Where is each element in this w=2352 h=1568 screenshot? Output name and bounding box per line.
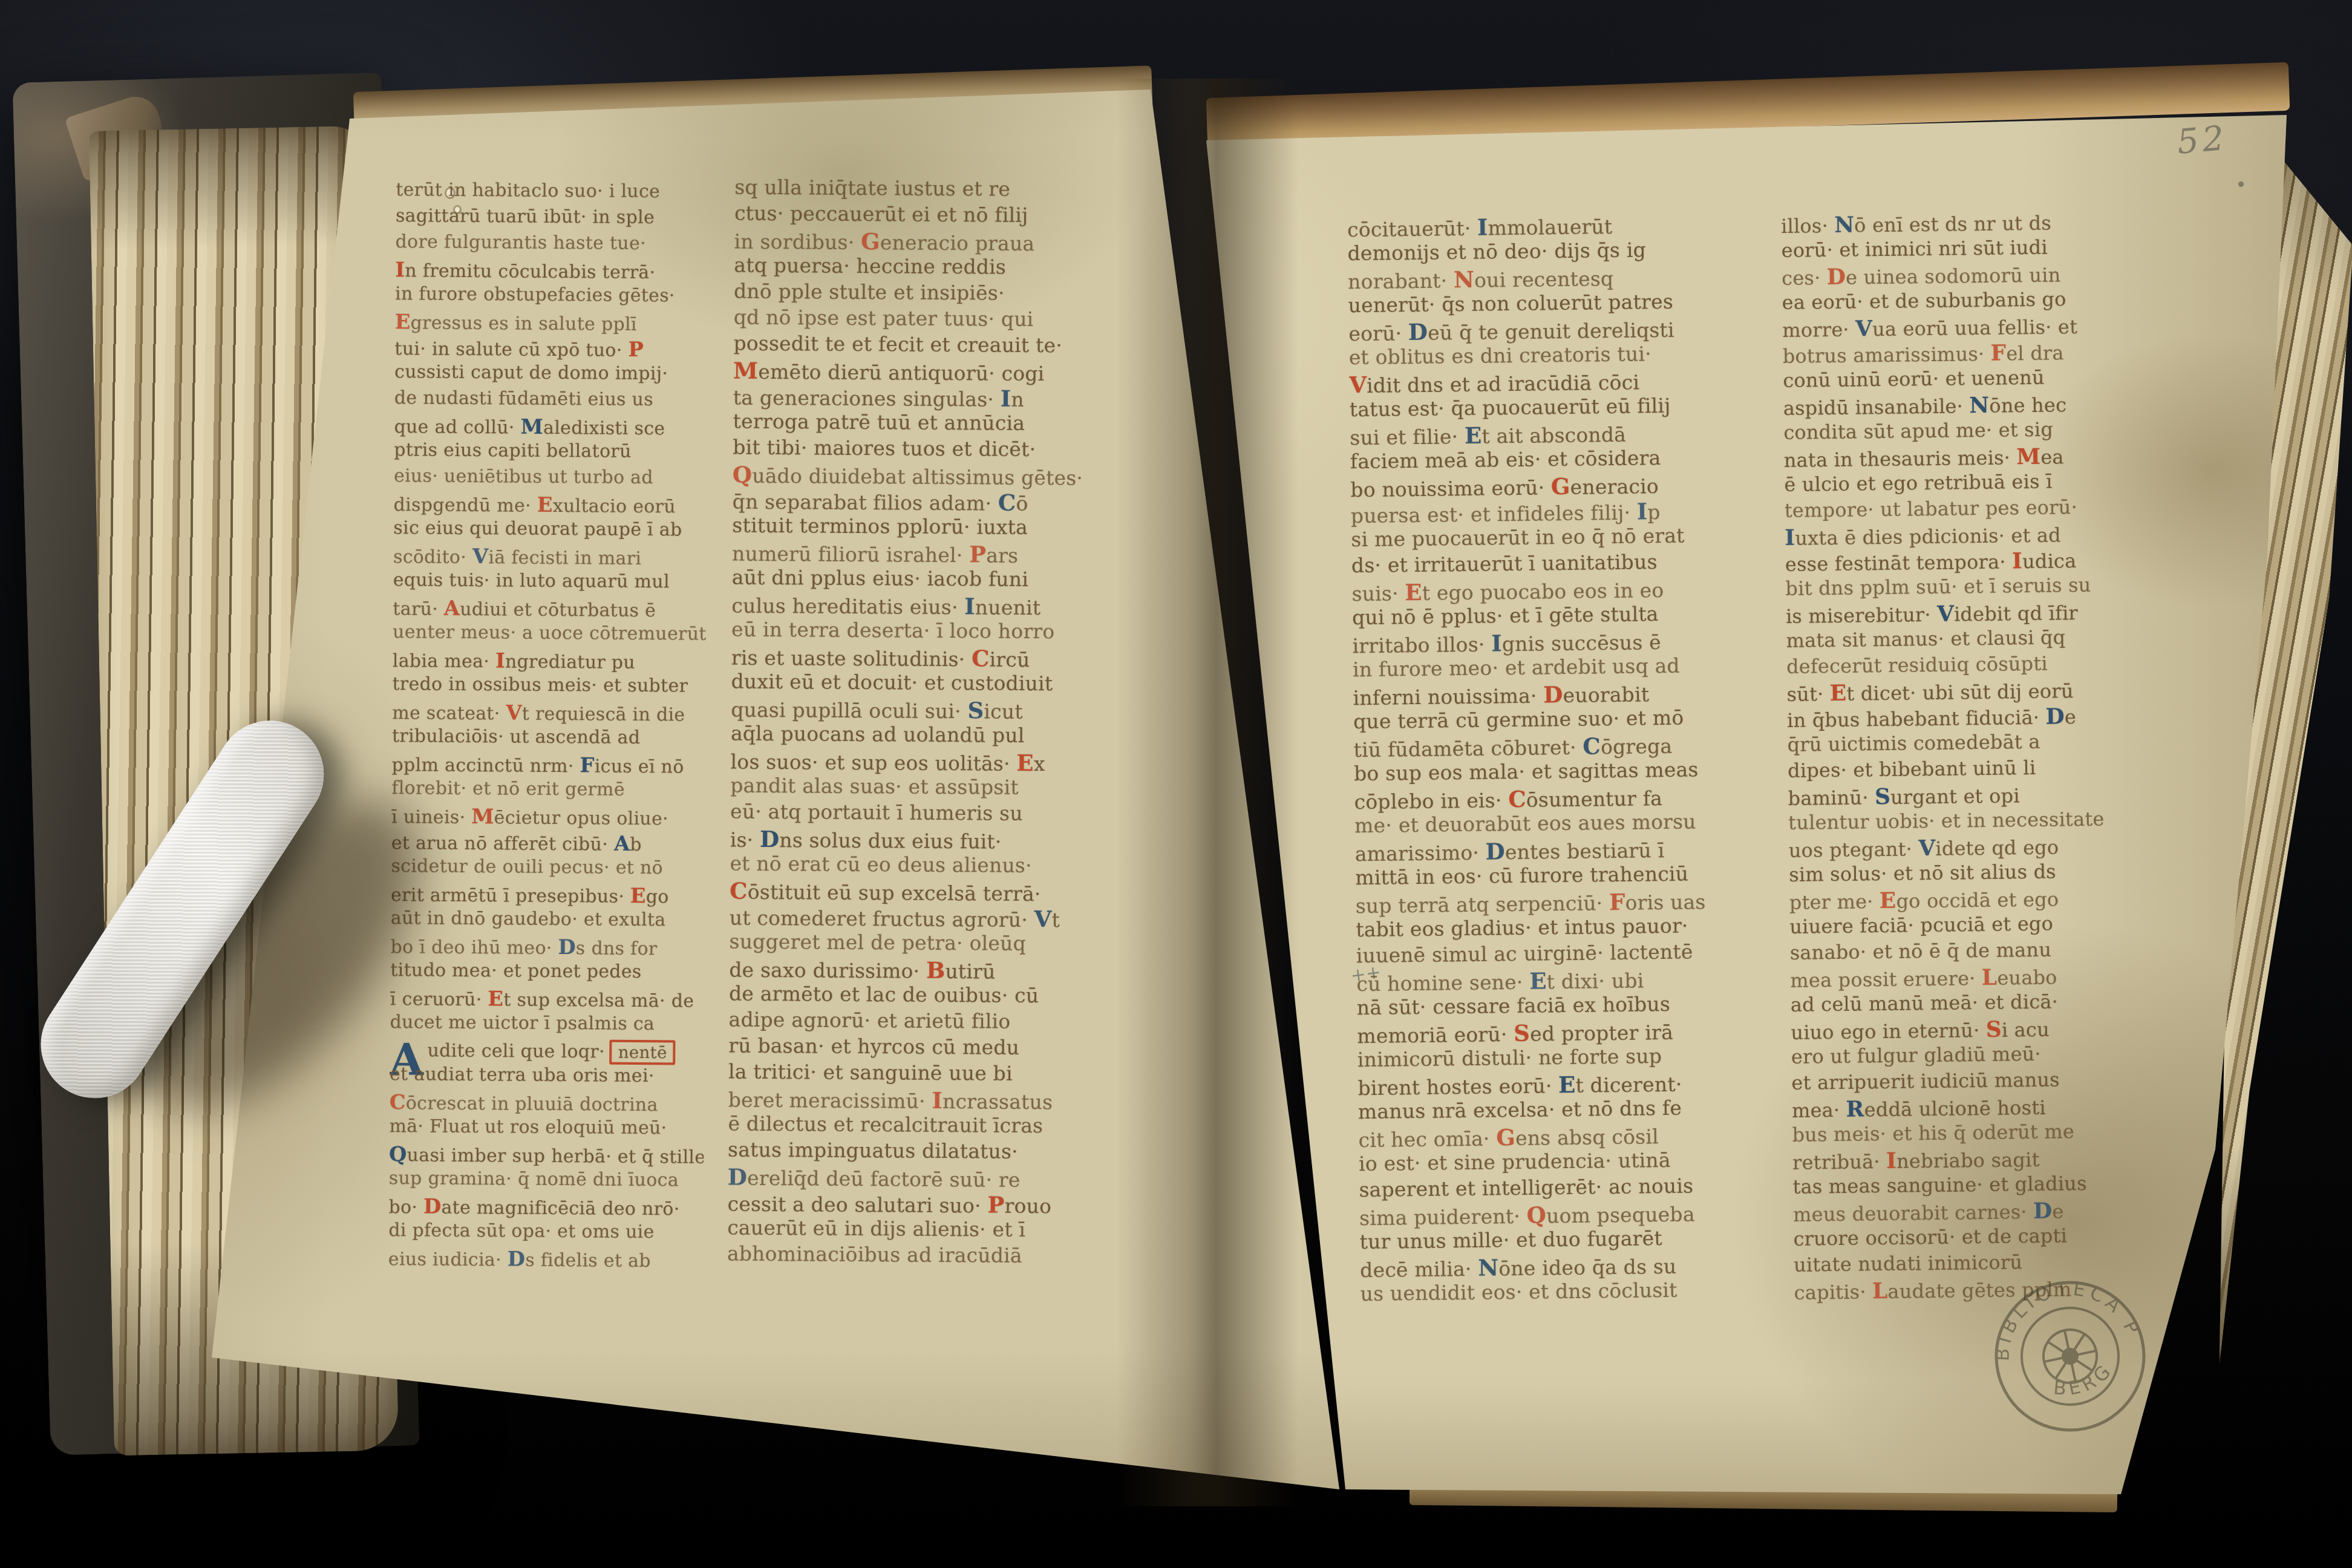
text-line: Cōcrescat in pluuiā doctrina: [390, 1089, 704, 1118]
text-line: culus hereditatis eius· Inuenit: [731, 592, 1150, 621]
blue-initial: F: [580, 753, 594, 777]
text-line: bit tibi· maiores tuos et dicēt·: [733, 436, 1151, 465]
text-column-4: illos· Nō enī est ds nr ut dseorū· et in…: [1781, 208, 2186, 1316]
text-line: ut comederet fructus agrorū· Vt: [730, 904, 1148, 933]
text-line: ī uineis· Mēcietur opus oliue·: [391, 803, 706, 832]
text-line: beret meracissimū· Incrassatus: [728, 1086, 1147, 1115]
ink-text: florebit· et nō erit germē: [391, 777, 625, 800]
ink-text: me· et deuorabūt eos aues morsu: [1354, 809, 1696, 837]
text-line: equis tuis· in luto aquarū mul: [393, 569, 708, 598]
ink-text: quasi pupillā oculi sui·: [731, 698, 968, 724]
red-initial: S: [1986, 1017, 2002, 1042]
text-line: tiū fūdamēta cōburet· Cōgrega: [1353, 731, 1777, 762]
ink-text: idebit qd īfir: [1954, 601, 2078, 626]
red-initial: P: [628, 337, 644, 361]
blue-initial: D: [2033, 1198, 2053, 1224]
ink-text: icut: [984, 700, 1023, 724]
ink-text: udiui et cōturbatus ē: [460, 599, 656, 621]
text-line: sima puiderent· Quom psequeba: [1359, 1199, 1783, 1230]
text-line: satus impinguatus dilatatus·: [728, 1138, 1146, 1167]
ink-text: urgant et opi: [1890, 784, 2020, 809]
red-initial: P: [987, 1192, 1004, 1218]
ink-text: t requiescā in die: [522, 704, 685, 726]
ink-text: in furore obstupefacies gētes·: [395, 283, 675, 306]
blue-initial: V: [1918, 835, 1936, 861]
text-line: rū basan· et hyrcos cū medu: [728, 1034, 1147, 1063]
ink-text: x: [1034, 752, 1045, 776]
ink-text: t ego puocabo eos in eo: [1422, 578, 1664, 605]
ink-text: gnis succēsus ē: [1502, 630, 1662, 656]
ink-text: me scateat·: [392, 702, 506, 724]
text-line: terroga patrē tuū et annūcia: [733, 410, 1151, 439]
red-initial: M: [733, 358, 758, 384]
svg-text:BERG: BERG: [2047, 1356, 2122, 1403]
ink-text: los suos· et sup eos uolitās·: [731, 750, 1017, 776]
ink-text: bo ī deo ihū meo·: [390, 936, 558, 959]
text-line: et oblitus es dni creatoris tui·: [1349, 341, 1772, 372]
text-line: q̄n separabat filios adam· Cō: [733, 488, 1151, 517]
text-line: titudo mea· et ponet pedes: [390, 959, 705, 988]
ink-text: tribulaciōis· ut ascendā ad: [392, 725, 641, 748]
ink-text: go occidā et ego: [1896, 887, 2059, 912]
blue-initial: V: [1034, 906, 1052, 932]
ink-text: uādo diuidebat altissimus gētes·: [752, 464, 1083, 490]
blue-initial: D: [760, 826, 780, 852]
ink-text: tulentur uobis· et in necessitate: [1788, 808, 2105, 834]
ink-text: mea possit eruere·: [1790, 967, 1982, 992]
ink-text: sim solus· et nō sit alius ds: [1789, 860, 2056, 886]
ink-text: de nudasti fūdamēti eius us: [394, 387, 653, 410]
ink-text: cit hec omīa·: [1358, 1126, 1496, 1152]
ink-text: abhominaciōibus ad iracūdiā: [727, 1242, 1022, 1267]
ink-text: s dns for: [576, 938, 658, 959]
text-line: sq ulla iniq̄tate iustus et re: [734, 175, 1153, 204]
red-initial: E: [1016, 750, 1034, 776]
ink-text: ds· et irritauerūt ī uanitatibus: [1351, 550, 1658, 577]
library-stamp: BIBLIOTECA PUBL BERG: [1962, 1249, 2178, 1464]
text-line: dnō pple stulte et insipiēs·: [734, 279, 1152, 309]
text-line: Memēto dierū antiquorū· cogi: [733, 358, 1152, 387]
ink-text: in q̄bus habebant fiduciā·: [1787, 706, 2046, 732]
red-initial: D: [1827, 264, 1846, 290]
ink-text: defecerūt residuiq cōsūpti: [1786, 652, 2048, 678]
text-line: atq puersa· heccine reddis: [734, 253, 1152, 283]
blue-initial: I: [1001, 385, 1011, 412]
text-line: erit armētū ī presepibus· Ego: [391, 881, 705, 910]
red-initial: F: [1990, 340, 2006, 365]
red-initial: I: [1886, 1148, 1896, 1174]
ink-text: nata in thesauris meis·: [1784, 446, 2017, 472]
ink-text: eū· atq portauit ī humeris su: [730, 800, 1023, 825]
text-line: cussisti caput de domo impij·: [394, 361, 709, 390]
text-line: Cōstituit eū sup excelsā terrā·: [730, 878, 1148, 907]
text-line: uos ptegant· Videte qd ego: [1788, 832, 2180, 863]
text-line: botrus amarissimus· Fel dra: [1783, 338, 2175, 369]
ink-text: titudo mea· et ponet pedes: [390, 959, 642, 982]
ink-text: eius· ueniētibus ut turbo ad: [394, 465, 653, 488]
blue-initial: N: [1969, 393, 1989, 418]
ink-text: t dixi· ubi: [1546, 969, 1644, 993]
ink-text: di pfecta sūt opa· et oms uie: [388, 1220, 655, 1243]
text-line: tui· in salute cū xpō tuo· P: [394, 335, 709, 364]
ink-text: is·: [730, 828, 760, 852]
ink-text: ta generaciones singulas·: [733, 386, 1001, 411]
ink-text: erit armētū ī presepibus·: [391, 884, 630, 907]
red-initial: B: [926, 957, 946, 984]
ink-text: t sup excelsa mā· de: [503, 989, 694, 1011]
ink-text: el dra: [2006, 341, 2064, 365]
text-line: ducet me uictor ī psalmis ca: [390, 1011, 704, 1040]
blue-initial: E: [1529, 967, 1547, 994]
ink-text: aūt in dnō gaudebo· et exulta: [391, 907, 666, 930]
ink-text: uxta ē dies pdicionis· et ad: [1795, 523, 2061, 549]
ink-text: emēto dierū antiquorū· cogi: [758, 360, 1044, 385]
text-line: bo· Date magnificēciā deo nrō·: [388, 1194, 703, 1222]
ink-text: uom psequeba: [1546, 1202, 1695, 1227]
ink-text: q̄n separabat filios adam·: [733, 490, 999, 515]
red-initial: E: [395, 309, 411, 333]
text-column-1: terūt in habitaclo suo· i lucesagittarū …: [388, 179, 711, 1287]
text-line: q̄rū uictimis comedebāt a: [1787, 728, 2179, 759]
ink-text: p: [1647, 500, 1661, 524]
text-line: aq̄la puocans ad uolandū pul: [731, 722, 1149, 751]
text-line: de saxo durissimo· Butirū: [729, 956, 1148, 985]
ink-text: suggeret mel de petra· oleūq: [729, 930, 1026, 955]
text-line: ī ceruorū· Et sup excelsa mā· de: [390, 985, 705, 1014]
text-line: me scateat· Vt requiescā in die: [392, 699, 707, 728]
ink-text: idit dns et ad iracūdiā cōci: [1367, 370, 1639, 397]
text-line: sup gramina· q̄ nomē dni īuoca: [389, 1168, 704, 1196]
red-initial: G: [1496, 1124, 1515, 1151]
blue-initial: N: [1834, 212, 1854, 238]
ink-text: uiuere faciā· pcuciā et ego: [1789, 912, 2053, 938]
text-line: dispgendū me· Exultacio eorū: [393, 491, 708, 520]
text-line: suis· Et ego puocabo eos in eo: [1351, 575, 1775, 606]
ink-text: de armēto et lac de ouibus· cū: [729, 982, 1039, 1008]
ink-text: equis tuis· in luto aquarū mul: [393, 569, 670, 592]
text-line: mā· Fluat ut ros eloquiū meū·: [389, 1116, 704, 1144]
text-line: cū homine sene· Et dixi· ubi: [1356, 965, 1780, 996]
text-line: cauerūt eū in dijs alienis· et ī: [727, 1216, 1146, 1245]
ink-text: uos ptegant·: [1789, 837, 1919, 862]
red-initial: L: [1872, 1278, 1888, 1304]
text-line: sui et filie· Et ait abscondā: [1350, 419, 1773, 450]
blue-initial: I: [1785, 525, 1795, 550]
ink-text: decē milia·: [1360, 1257, 1478, 1282]
ink-text: ed propter irā: [1530, 1021, 1673, 1046]
ink-text: si me puocauerūt in eo q̄ nō erat: [1351, 524, 1685, 552]
ink-text: e uinea sodomorū uin: [1846, 263, 2061, 289]
ink-text: terūt in habitaclo suo· i luce: [396, 179, 660, 202]
ink-text: mā· Fluat ut ros eloquiū meū·: [389, 1116, 667, 1138]
blue-initial: I: [1477, 214, 1488, 241]
text-line: scōdito· Viā fecisti in mari: [393, 543, 708, 572]
red-initial: E: [1405, 579, 1422, 606]
ink-text: ptris eius capiti bellatorū: [394, 439, 632, 462]
text-line: uenter meus· a uoce cōtremuerūt: [393, 621, 707, 650]
text-line: us uendidit eos· et dns cōclusit: [1360, 1277, 1783, 1308]
ink-text: ero ut fulgur gladiū meū·: [1791, 1042, 2041, 1068]
blue-initial: C: [1583, 733, 1601, 759]
text-line: ctus· peccauerūt ei et nō filij: [734, 201, 1153, 230]
ink-text: ōstituit eū sup excelsā terrā·: [748, 880, 1041, 906]
text-line: cōcitauerūt· Immolauerūt: [1347, 211, 1771, 242]
ink-text: dnō pple stulte et insipiēs·: [734, 279, 1005, 305]
text-column-2: sq ulla iniq̄tate iustus et rectus· pecc…: [727, 175, 1154, 1289]
red-initial: I: [495, 648, 505, 672]
text-line: defecerūt residuiq cōsūpti: [1786, 650, 2178, 681]
text-line: adipe agnorū· et arietū filio: [729, 1008, 1148, 1037]
ink-text: conū uinū eorū· et uenenū: [1783, 366, 2045, 392]
ink-text: botrus amarissimus·: [1783, 342, 1991, 368]
text-line: eius iudicia· Ds fidelis et ab: [388, 1246, 703, 1274]
ink-text: tempore· ut labatur pes eorū·: [1785, 495, 2077, 522]
text-line: Quādo diuidebat altissimus gētes·: [733, 462, 1151, 491]
red-initial: V: [1349, 371, 1367, 398]
ink-text: aledixisti sce: [543, 417, 665, 439]
text-line: tribulaciōis· ut ascendā ad: [392, 725, 707, 754]
text-line: possedit te et fecit et creauit te·: [733, 332, 1152, 361]
ink-text: ereliq̄d deū factorē suū· re: [747, 1166, 1021, 1192]
text-line: sup terrā atq serpenciū· Foris uas: [1356, 887, 1779, 918]
ink-text: tas meas sanguine· et gladius: [1792, 1172, 2087, 1198]
ink-text: dore fulgurantis haste tue·: [396, 231, 647, 254]
red-initial: P: [969, 541, 986, 567]
text-line: inimicorū distuli· ne forte sup: [1357, 1043, 1781, 1074]
ink-text: sima puiderent·: [1359, 1204, 1527, 1230]
ink-text: amarissimo·: [1355, 841, 1486, 866]
ink-text: eorū· et inimici nri sūt iudi: [1781, 236, 2048, 262]
red-initial: E: [488, 986, 503, 1010]
ink-text: eneracio: [1570, 474, 1659, 499]
blue-initial: I: [964, 593, 975, 619]
ink-text: uenter meus· a uoce cōtremuerūt: [393, 621, 707, 645]
text-line: In fremitu cōculcabis terrā·: [395, 257, 710, 286]
text-line: ta generaciones singulas· In: [733, 384, 1152, 413]
ink-text: mmolauerūt: [1488, 215, 1612, 240]
red-initial: I: [2012, 548, 2022, 573]
ink-text: ōgrega: [1601, 734, 1673, 759]
text-line: que ad collū· Maledixisti sce: [394, 413, 708, 442]
blue-initial: I: [1491, 630, 1502, 656]
ink-text: la tritici· et sanguinē uue bi: [728, 1060, 1013, 1085]
red-initial: D: [423, 1194, 442, 1218]
text-line: pandit alas suas· et assūpsit: [730, 774, 1149, 803]
text-line: scidetur de ouili pecus· et nō: [391, 855, 705, 884]
ink-text: t ait abscondā: [1481, 423, 1626, 448]
ink-text: e: [2065, 705, 2077, 728]
ink-text: eū in terra deserta· ī loco horro: [731, 618, 1055, 644]
ink-text: oris uas: [1625, 890, 1706, 915]
ink-text: culus hereditatis eius·: [731, 594, 964, 619]
ink-text: bit tibi· maiores tuos et dicēt·: [733, 436, 1036, 461]
ink-text: que terrā cū germine suo· et mō: [1353, 706, 1684, 734]
ink-text: cōcitauerūt·: [1347, 217, 1477, 242]
ink-text: sq ulla iniq̄tate iustus et re: [734, 175, 1010, 201]
text-line: in sordibus· Generacio praua: [734, 227, 1153, 256]
ink-text: inferni nouissima·: [1353, 684, 1543, 710]
text-line: labia mea· Ingrediatur pu: [393, 647, 707, 676]
text-line: quasi pupillā oculi sui· Sicut: [731, 696, 1149, 725]
ink-text: bit dns pplm suū· et ī seruis su: [1785, 573, 2091, 600]
ink-text: tui· in salute cū xpō tuo·: [394, 338, 628, 361]
ink-text: bo nouissima eorū·: [1350, 475, 1551, 501]
ink-text: utirū: [945, 959, 995, 984]
ink-text: oui recentesq: [1474, 267, 1614, 292]
ink-text: irritabo illos·: [1352, 632, 1491, 658]
ink-text: euabo: [1997, 966, 2057, 990]
text-line: Dereliq̄d deū factorē suū· re: [728, 1164, 1146, 1193]
ink-text: beret meracissimū·: [728, 1088, 932, 1113]
ink-text: qd nō ipse est pater tuus· qui: [734, 305, 1034, 331]
blue-initial: D: [728, 1164, 748, 1191]
blue-initial: Q: [389, 1142, 407, 1166]
text-line: norabant· Noui recentesq: [1348, 263, 1771, 294]
text-line: la tritici· et sanguinē uue bi: [728, 1060, 1147, 1089]
text-line: sic eius qui deuorat paupē ī ab: [393, 517, 708, 546]
red-initial: C: [972, 645, 990, 671]
text-line: ptris eius capiti bellatorū: [394, 439, 708, 468]
ink-text: nuenit: [975, 595, 1041, 619]
blue-initial: V: [1937, 601, 1955, 627]
blue-initial: S: [1875, 784, 1891, 809]
ink-text: ō: [1016, 492, 1028, 515]
text-line: eū· atq portauit ī humeris su: [730, 800, 1149, 829]
ink-text: terroga patrē tuū et annūcia: [733, 410, 1025, 435]
ink-text: et arua nō afferēt cibū·: [391, 832, 615, 855]
ink-text: bo·: [388, 1197, 423, 1218]
ink-text: n: [1011, 388, 1024, 411]
ink-text: iā fecisti in mari: [488, 547, 641, 569]
photo-of-manuscript: { "photo": { "background_color": "#0b0c1…: [0, 0, 2352, 1568]
ink-text: gressus es in salute pplī: [411, 312, 637, 335]
text-line: sagittarū tuarū ibūt· in sple: [396, 205, 710, 234]
red-initial: A: [444, 596, 460, 620]
text-line: de armēto et lac de ouibus· cū: [729, 982, 1148, 1011]
red-initial: M: [471, 804, 494, 828]
ink-text: stituit terminos pplorū· iuxta: [732, 514, 1028, 539]
text-line: is· Dns solus dux eius fuit·: [730, 826, 1149, 855]
ink-text: saperent et intelligerēt· ac nouis: [1359, 1174, 1693, 1201]
text-line: ero ut fulgur gladiū meū·: [1791, 1040, 2183, 1071]
ink-text: t dicet· ubi sūt dij eorū: [1846, 679, 2074, 705]
ink-text: udite celi que loqr·: [427, 1040, 605, 1062]
ink-text: cruore occisorū· et de capti: [1793, 1224, 2067, 1250]
red-initial: C: [730, 878, 748, 904]
ink-text: ut comederet fructus agrorū·: [730, 906, 1034, 932]
text-line: amarissimo· Dentes bestiarū ī: [1354, 835, 1778, 866]
ink-text: euorabit: [1563, 682, 1649, 707]
ink-text: q̄rū uictimis comedebāt a: [1787, 730, 2040, 756]
ink-text: norabant·: [1348, 269, 1454, 293]
ink-text: ōne hec: [1989, 393, 2066, 417]
ink-text: illos·: [1781, 214, 1835, 238]
ink-text: uiuo ego in eternū·: [1791, 1019, 1986, 1044]
ink-text: ces·: [1782, 266, 1827, 290]
ink-text: aq̄la puocans ad uolandū pul: [731, 722, 1025, 747]
ink-text: eorū·: [1348, 321, 1408, 345]
ink-text: rouo: [1004, 1194, 1051, 1218]
ink-text: qui nō ē pplus· et ī gēte stulta: [1352, 602, 1659, 629]
blue-initial: V: [472, 544, 489, 568]
ink-text: t: [1051, 908, 1060, 932]
ink-text: entes bestiarū ī: [1505, 838, 1665, 864]
text-line: stituit terminos pplorū· iuxta: [732, 514, 1151, 543]
folio-number: 52: [2175, 114, 2276, 177]
ink-text: esse festināt tempora·: [1785, 550, 2013, 576]
ink-text: uasi imber sup herbā· et q̄ stille: [407, 1145, 706, 1168]
text-line: ces· De uinea sodomorū uin: [1782, 260, 2174, 291]
ink-text: cauerūt eū in dijs alienis· et ī: [727, 1216, 1025, 1241]
ink-text: rū basan· et hyrcos cū medu: [728, 1034, 1019, 1059]
ink-text: ducet me uictor ī psalmis ca: [390, 1011, 655, 1034]
blue-initial: E: [1465, 422, 1482, 449]
ink-text: atq puersa· heccine reddis: [734, 253, 1006, 279]
text-line: de nudasti fūdamēti eius us: [394, 387, 709, 416]
ink-text: xultacio eorū: [553, 495, 676, 517]
text-line: eius· ueniētibus ut turbo ad: [394, 465, 708, 494]
red-initial: N: [1454, 266, 1475, 293]
ink-text: udica: [2022, 549, 2077, 573]
ink-text: puersa est· et infideles filij·: [1351, 501, 1637, 528]
text-line: mea possit eruere· Leuabo: [1790, 962, 2182, 993]
text-line: bo ī deo ihū meo· Ds dns for: [390, 933, 705, 962]
ink-text: et nō erat cū eo deus alienus·: [730, 852, 1032, 877]
ink-text: suis·: [1351, 581, 1405, 606]
ink-text: dipes· et bibebant uinū li: [1788, 756, 2036, 782]
ink-text: demonijs et nō deo· dijs q̄s ig: [1347, 238, 1646, 265]
red-initial: I: [932, 1087, 942, 1114]
ink-text: t dicerent·: [1575, 1073, 1682, 1097]
ink-text: tredo in ossibus meis· et subter: [392, 673, 688, 696]
ink-text: icus eī nō: [595, 756, 684, 778]
text-line: et arua nō afferēt cibū· Ab: [391, 829, 706, 858]
text-line: Audite celi que loqr·nentē: [390, 1037, 704, 1066]
ink-text: pter me·: [1789, 890, 1880, 914]
ink-text: faciem meā ab eis· et cōsidera: [1350, 446, 1661, 473]
blue-initial: M: [520, 414, 543, 439]
blue-initial: D: [1485, 838, 1505, 864]
ink-text: bus meis· et his q̄ oderūt me: [1792, 1120, 2074, 1146]
text-line: numerū filiorū israhel· Pars: [732, 540, 1151, 569]
ink-text: dispgendū me·: [394, 494, 537, 517]
ink-text: eū q̄ te genuit dereliqsti: [1428, 318, 1674, 345]
red-initial: G: [1551, 473, 1570, 500]
ink-text: s fidelis et ab: [525, 1250, 651, 1272]
ink-text: satus impinguatus dilatatus·: [728, 1138, 1018, 1163]
ink-text: et arripuerit iudiciū manus: [1791, 1068, 2060, 1094]
ink-text: tatus est· q̄a puocauerūt eū filij: [1350, 394, 1671, 421]
text-line: in furore meo· et ardebit usq ad: [1353, 653, 1776, 684]
ink-text: inimicorū distuli· ne forte sup: [1357, 1044, 1662, 1071]
text-line: bit dns pplm suū· et ī seruis su: [1785, 572, 2177, 603]
text-line: florebit· et nō erit germē: [391, 777, 706, 806]
ink-text: cū homine sene·: [1356, 970, 1529, 996]
blue-initial: D: [558, 935, 576, 959]
ink-text: cessit a deo salutari suo·: [727, 1192, 987, 1218]
ink-text: n fremitu cōculcabis terrā·: [405, 260, 655, 283]
red-initial: E: [1830, 681, 1847, 706]
text-line: dore fulgurantis haste tue·: [395, 231, 710, 260]
ink-text: ars: [986, 544, 1018, 567]
text-line: ē dilectus et recalcitrauit īcras: [728, 1112, 1146, 1141]
ink-text: scōdito·: [393, 546, 472, 568]
text-line: io est· et sine prudencia· utinā: [1359, 1147, 1782, 1178]
ink-text: in furore meo· et ardebit usq ad: [1353, 654, 1680, 682]
red-initial: D: [1543, 681, 1563, 708]
text-line: eū in terra deserta· ī loco horro: [731, 618, 1150, 647]
text-line: tarū· Audiui et cōturbatus ē: [393, 595, 707, 624]
